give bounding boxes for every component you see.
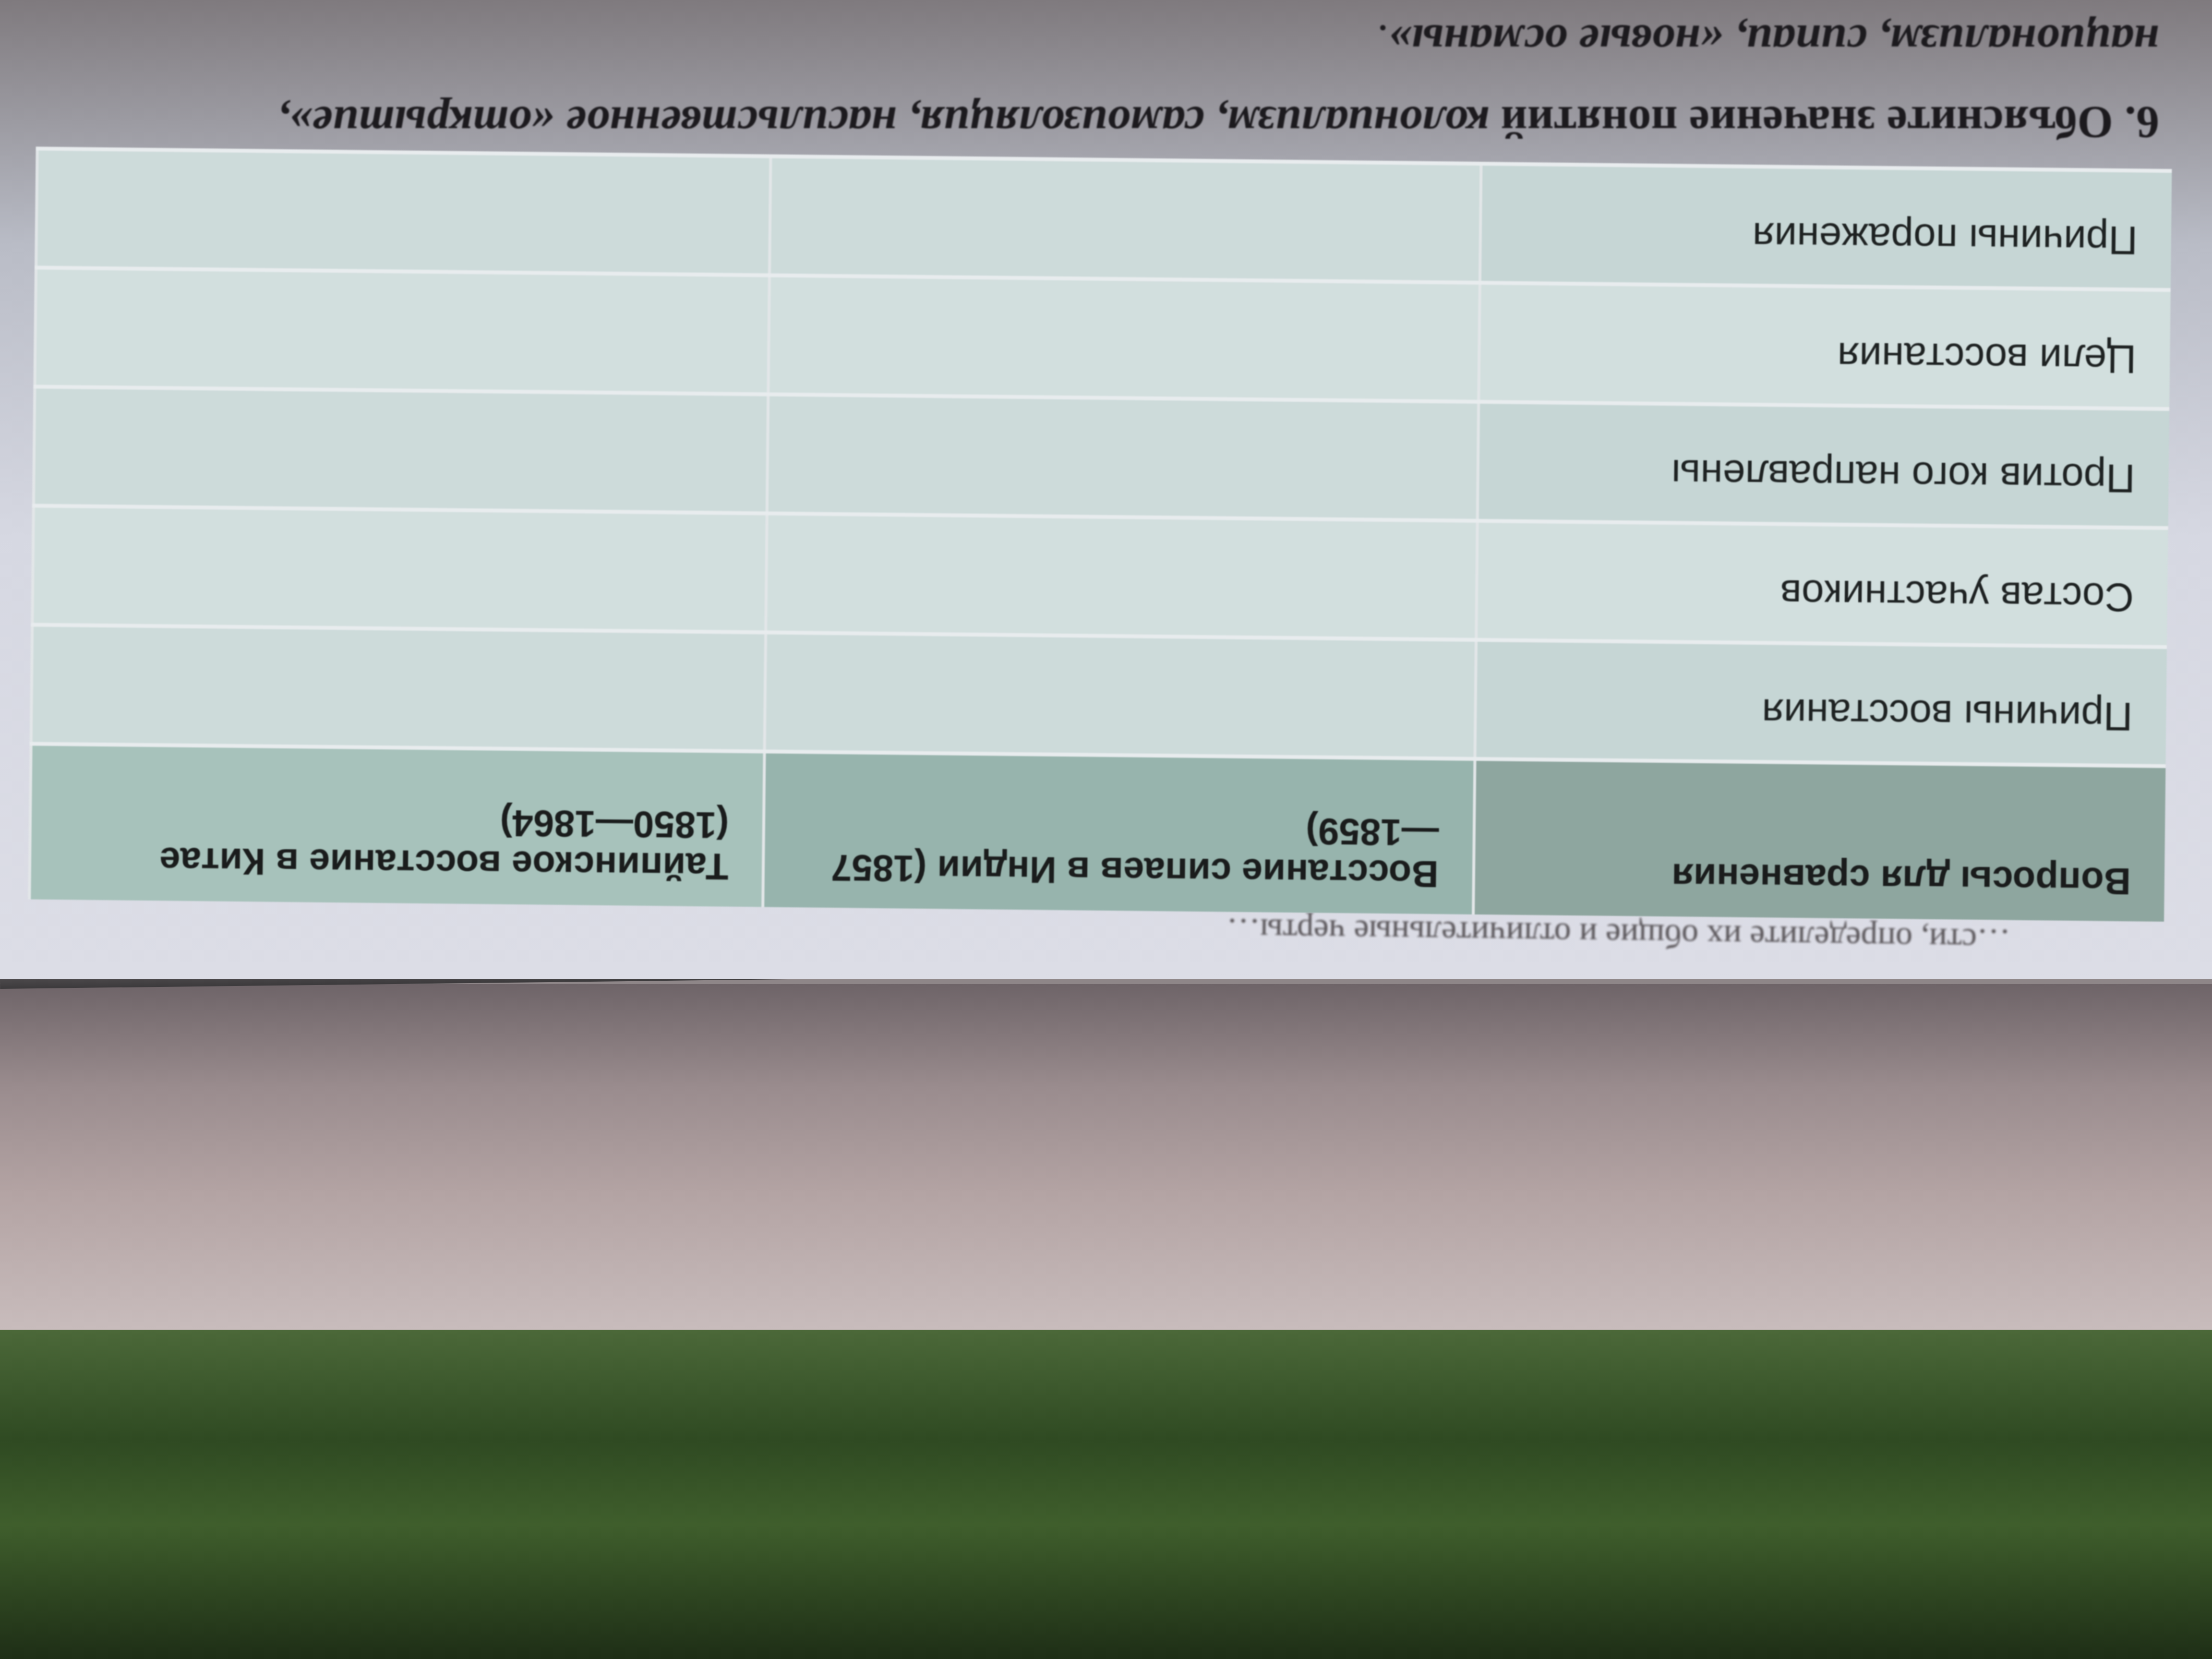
cell-india (765, 632, 1476, 758)
table-row: Цели восстания (35, 268, 2170, 409)
row-question: Состав участников (1476, 521, 2168, 647)
header-questions: Вопросы для сравнения (1473, 759, 2166, 922)
table-header-row: Вопросы для сравнения Восстание сипаев в… (29, 744, 2165, 922)
cell-china (31, 625, 766, 751)
cell-china (32, 505, 767, 632)
book-cover (0, 984, 2212, 1330)
textbook-page: …сти, определите их общие и отличительны… (0, 0, 2212, 979)
cell-india (766, 513, 1478, 639)
task-lead: Объясните значение понятий (1501, 97, 2113, 148)
header-china: Тайпинское восстание в Китае (1850—1864) (29, 744, 765, 907)
cell-china (35, 268, 769, 395)
cell-india (769, 156, 1481, 283)
grass-background (0, 1323, 2212, 1659)
row-question: Причины восстания (1475, 640, 2167, 766)
task-end: . (1377, 15, 1389, 67)
comparison-table: Вопросы для сравнения Восстание сипаев в… (28, 146, 2172, 922)
table-row: Против кого направлены (34, 386, 2169, 528)
row-question: Цели восстания (1479, 283, 2171, 409)
photo-scene: …сти, определите их общие и отличительны… (0, 0, 2212, 1659)
row-question: Причины поражения (1480, 164, 2172, 290)
cell-india (767, 394, 1479, 520)
task-6: 6. Объясните значение понятий колониализ… (0, 0, 2159, 163)
cell-india (769, 276, 1480, 402)
row-question: Против кого направлены (1477, 402, 2169, 528)
cell-china (34, 386, 769, 513)
table-row: Состав участников (32, 505, 2168, 647)
table-row: Причины поражения (36, 149, 2172, 290)
cell-china (36, 149, 771, 276)
header-india: Восстание сипаев в Индии (1857—1859) (763, 751, 1475, 914)
task-number: 6. (2125, 97, 2159, 148)
table-row: Причины восстания (31, 625, 2167, 766)
